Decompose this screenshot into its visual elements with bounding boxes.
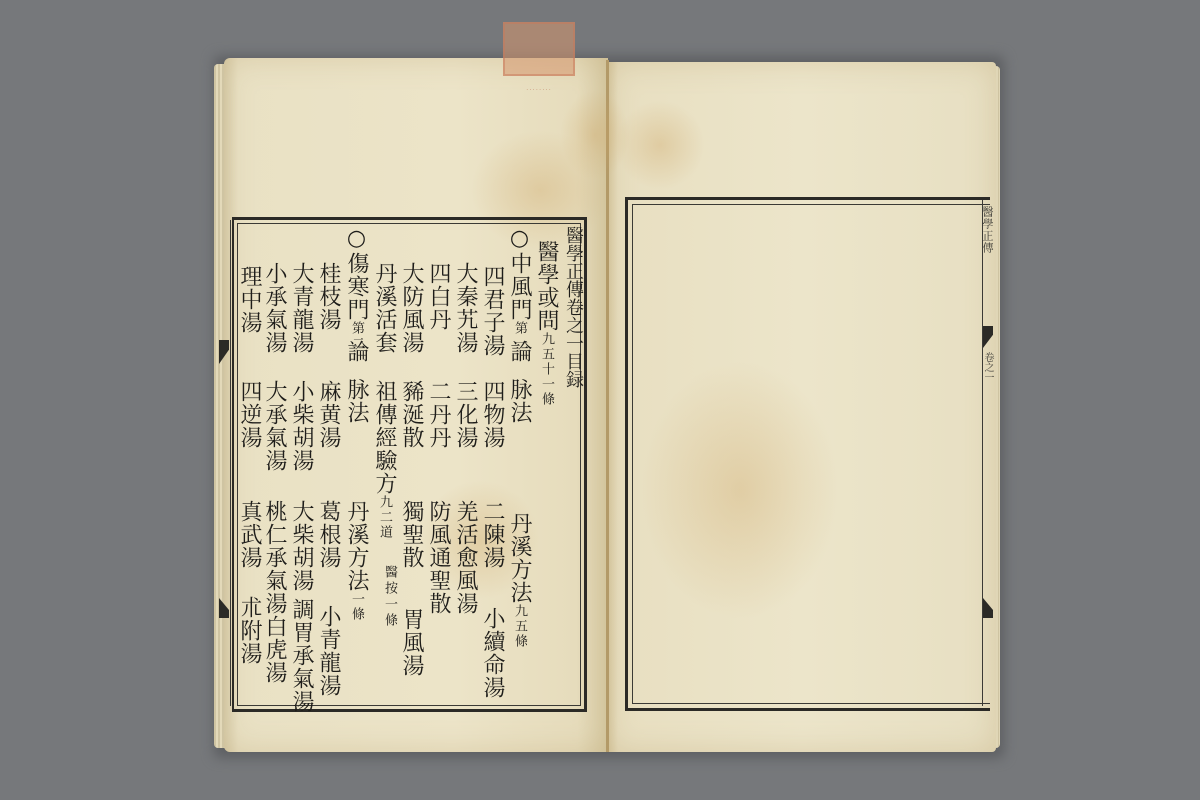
toc-column-3-bottom: 二陳湯: [479, 500, 505, 569]
right-foredge-strip: [982, 200, 995, 706]
toc-column-2-mid2: 脉法: [506, 378, 532, 424]
toc-column-9-bottom: 葛根湯: [315, 500, 341, 569]
toc-column-7-mid: 祖傳經驗方九二道: [371, 380, 397, 540]
right-page-frame: [625, 197, 990, 711]
toc-column-8-mid: 論: [343, 340, 369, 363]
library-seal: [503, 22, 575, 76]
water-stain: [615, 100, 705, 190]
toc-column-2-bottom: 丹溪方法九五條: [506, 512, 532, 649]
toc-column-4-mid: 三化湯: [452, 380, 478, 449]
toc-column-4-top: 大秦艽湯: [452, 262, 478, 354]
toc-column-9-mid: 麻黄湯: [315, 380, 341, 449]
toc-column-12-mid: 四逆湯: [236, 380, 262, 449]
toc-column-11-top: 小承氣湯: [261, 262, 287, 354]
toc-column-12-top: 理中湯: [236, 265, 262, 334]
toc-column-10-top: 大青龍湯: [288, 262, 314, 354]
toc-column-3-mid: 四物湯: [479, 380, 505, 449]
toc-column-9-top: 桂枝湯: [315, 262, 341, 331]
toc-column-2-mid: 論: [506, 340, 532, 363]
toc-column-9-bottom2: 小青龍湯: [315, 605, 341, 697]
seal-caption: ········: [500, 86, 578, 94]
toc-column-11-mid: 大承氣湯: [261, 380, 287, 472]
toc-column-8-top: ○傷寒門第二: [343, 226, 369, 351]
toc-column-6-mid: 豨涎散: [398, 380, 424, 449]
toc-column-8-mid2: 脉法: [343, 378, 369, 424]
toc-column-5-top: 四白丹: [425, 262, 451, 331]
toc-column-3-top: 四君子湯: [479, 265, 505, 357]
toc-column-7-bottom: 醫按一條: [376, 565, 402, 629]
toc-column-1: 醫學或問九五十一條: [533, 240, 559, 407]
toc-column-8-bottom: 丹溪方法一條: [343, 500, 369, 622]
left-foredge-strip: [216, 220, 231, 706]
toc-column-6-top: 大防風湯: [398, 262, 424, 354]
toc-column-2: ○中風門第一: [506, 226, 532, 351]
toc-column-5-mid: 二丹丹: [425, 380, 451, 449]
toc-header: 醫學正傳卷之一目録: [560, 226, 586, 388]
foredge-volume-label: 卷之一: [983, 352, 995, 382]
toc-column-10-mid: 小柴胡湯: [288, 380, 314, 472]
toc-column-11-bottom: 桃仁承氣湯白虎湯: [261, 500, 287, 684]
toc-column-3-bottom2: 小續命湯: [479, 607, 505, 699]
toc-column-6-bottom: 獨聖散: [398, 500, 424, 569]
toc-column-10-bottom: 大柴胡湯: [288, 500, 314, 592]
toc-column-12-bottom2: 朮附湯: [236, 596, 262, 665]
toc-column-4-bottom: 羌活愈風湯: [452, 500, 478, 615]
foredge-book-title: 醫學正傳: [983, 206, 995, 254]
toc-column-12-bottom: 真武湯: [236, 500, 262, 569]
toc-column-7-top: 丹溪活套: [371, 262, 397, 354]
toc-column-10-bottom2: 調胃承氣湯: [288, 598, 314, 713]
toc-column-5-bottom: 防風通聖散: [425, 500, 451, 615]
